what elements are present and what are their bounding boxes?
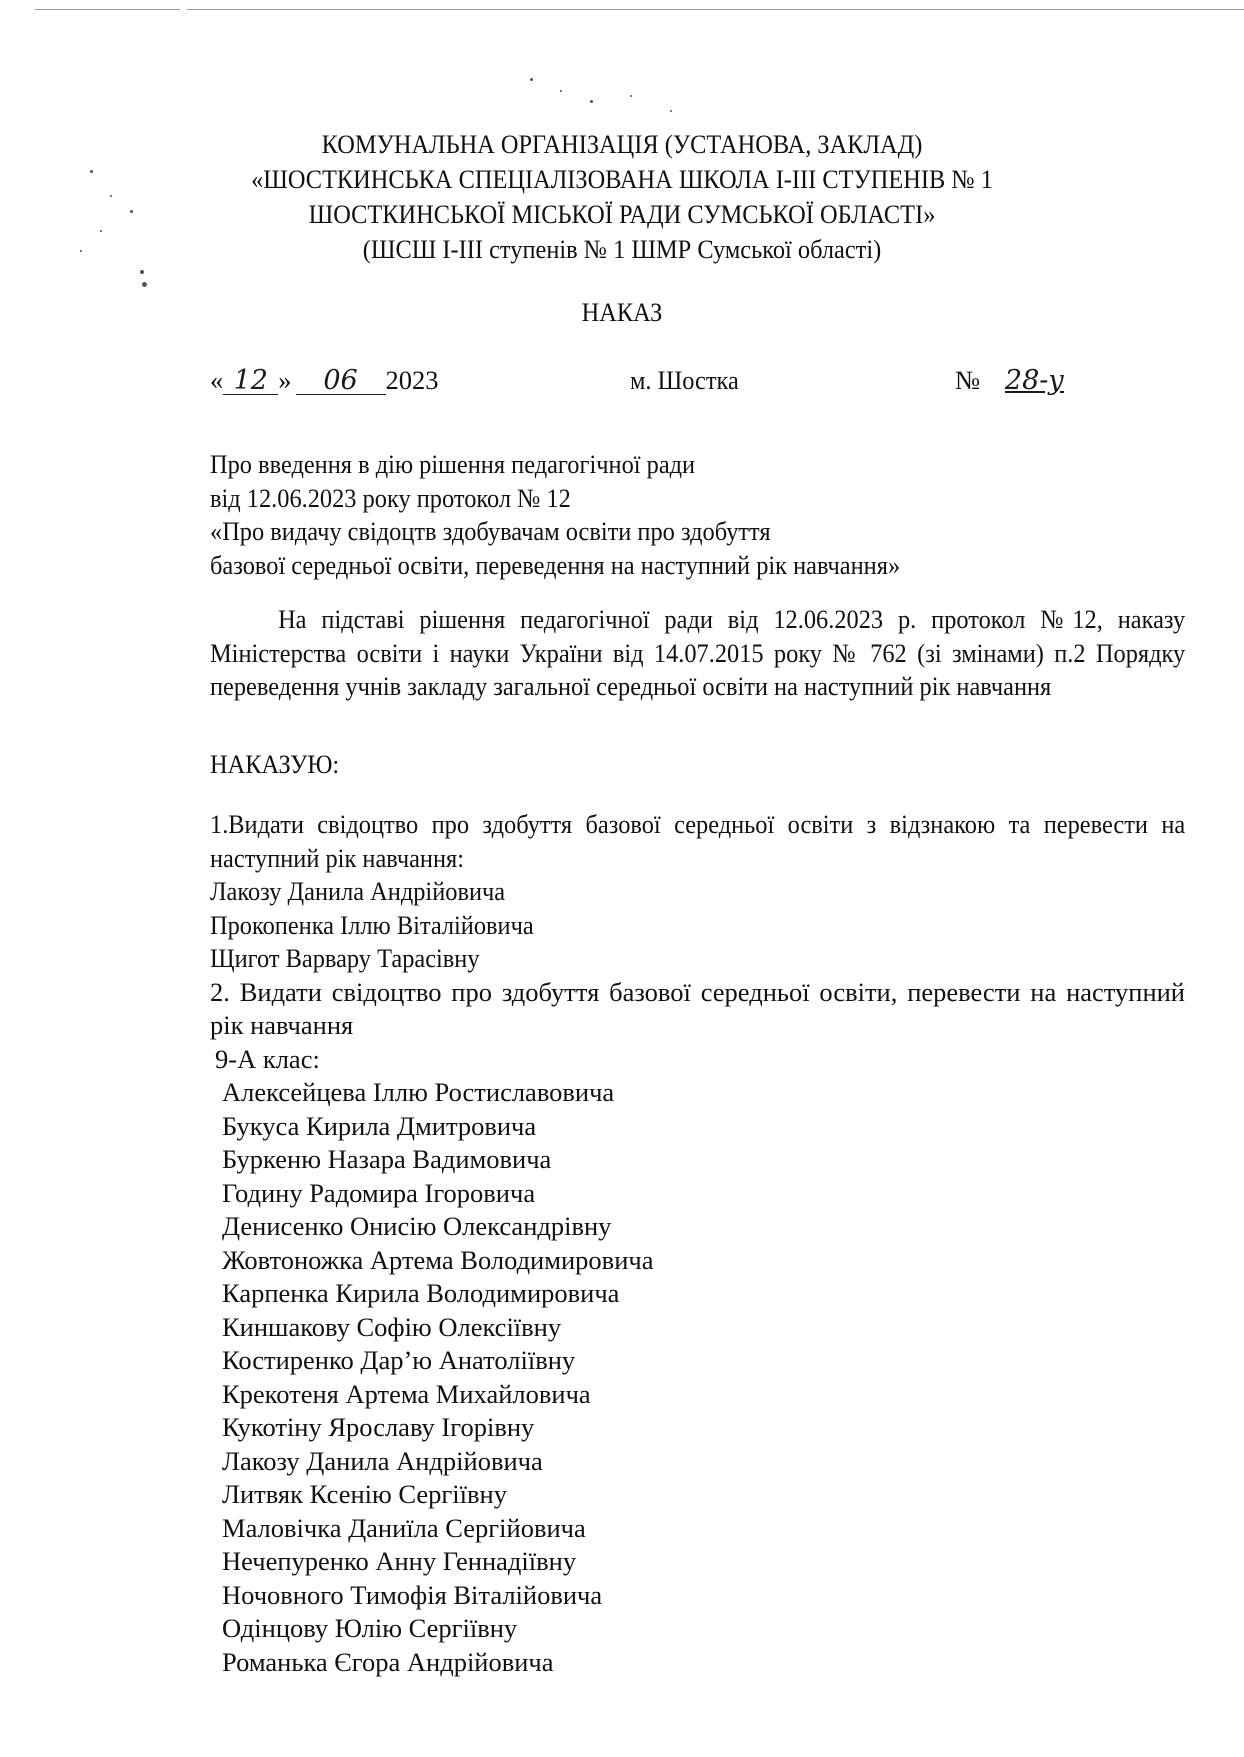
scan-noise (520, 70, 700, 130)
class-label: 9-А клас: (210, 1043, 1185, 1077)
order-basis: На підставі рішення педагогічної ради ві… (210, 603, 1185, 704)
institution-line-2: «ШОСТКИНСЬКА СПЕЦІАЛІЗОВАНА ШКОЛА І-ІІІ … (50, 162, 1194, 197)
student-name: Жовтоножка Артема Володимировича (210, 1244, 1185, 1278)
institution-header: КОМУНАЛЬНА ОРГАНІЗАЦІЯ (УСТАНОВА, ЗАКЛАД… (50, 127, 1194, 267)
order-city: м. Шостка (630, 365, 739, 396)
subject-line-2: від 12.06.2023 року протокол № 12 (210, 482, 1185, 516)
order-subject: Про введення в дію рішення педагогічної … (210, 448, 1185, 582)
institution-line-3: ШОСТКИНСЬКОЇ МІСЬКОЇ РАДИ СУМСЬКОЇ ОБЛАС… (50, 197, 1194, 232)
student-name: Одінцову Юлію Сергіївну (210, 1612, 1185, 1646)
order-item-1: 1.Видати свідоцтво про здобуття базової … (210, 808, 1185, 976)
document-type-title: НАКАЗ (50, 297, 1194, 328)
institution-short-name: (ШСШ І-ІІІ ступенів № 1 ШМР Сумської обл… (50, 232, 1194, 267)
student-name: Годину Радомира Ігоровича (210, 1177, 1185, 1211)
student-name: Костиренко Дар’ю Анатоліївну (210, 1344, 1185, 1378)
student-name: Киншакову Софію Олексіївну (210, 1311, 1185, 1345)
student-name: Нечепуренко Анну Геннадіївну (210, 1545, 1185, 1579)
decree-label: НАКАЗУЮ: (210, 748, 1107, 782)
date-day-handwritten: 12 (223, 368, 278, 395)
student-name: Лакозу Данила Андрійовича (210, 875, 1185, 909)
item-2-text: 2. Видати свідоцтво про здобуття базової… (210, 976, 1185, 1043)
order-date: «12»062023 (210, 365, 439, 396)
order-items: 1.Видати свідоцтво про здобуття базової … (210, 808, 1185, 1679)
subject-line-1: Про введення в дію рішення педагогічної … (210, 448, 1185, 482)
student-name: Ночовного Тимофія Віталійовича (210, 1579, 1185, 1613)
date-month-handwritten: 06 (296, 368, 386, 395)
item-2-student-list: Алексейцева Іллю Ростиславовича Букуса К… (210, 1076, 1185, 1679)
order-meta-row: «12»062023 м. Шостка № 28-у (210, 365, 1150, 405)
student-name: Романька Єгора Андрійовича (210, 1646, 1185, 1680)
date-year: 2023 (386, 365, 439, 395)
order-item-2: 2. Видати свідоцтво про здобуття базової… (210, 976, 1185, 1680)
student-name: Щигот Варвару Тарасівну (210, 942, 1185, 976)
date-close-quote: » (278, 365, 291, 395)
item-1-student-list: Лакозу Данила Андрійовича Прокопенка Ілл… (210, 875, 1185, 976)
student-name: Букуса Кирила Дмитровича (210, 1110, 1185, 1144)
subject-line-4: базової середньої освіти, переведення на… (210, 549, 1185, 583)
scan-edge-line (35, 9, 180, 10)
student-name: Карпенка Кирила Володимировича (210, 1277, 1185, 1311)
order-number-handwritten: 28-у (1005, 365, 1064, 396)
student-name: Буркеню Назара Вадимовича (210, 1143, 1185, 1177)
item-1-text: 1.Видати свідоцтво про здобуття базової … (210, 808, 1185, 875)
date-open-quote: « (210, 365, 223, 395)
student-name: Кукотіну Ярославу Ігорівну (210, 1411, 1185, 1445)
student-name: Литвяк Ксенію Сергіївну (210, 1478, 1185, 1512)
student-name: Денисенко Онисію Олександрівну (210, 1210, 1185, 1244)
institution-line-1: КОМУНАЛЬНА ОРГАНІЗАЦІЯ (УСТАНОВА, ЗАКЛАД… (50, 127, 1194, 162)
order-number: № 28-у (955, 365, 1064, 396)
student-name: Крекотеня Артема Михайловича (210, 1378, 1185, 1412)
number-sign: № (955, 365, 980, 395)
student-name: Алексейцева Іллю Ростиславовича (210, 1076, 1185, 1110)
subject-line-3: «Про видачу свідоцтв здобувачам освіти п… (210, 515, 1185, 549)
student-name: Прокопенка Іллю Віталійовича (210, 909, 1185, 943)
student-name: Маловічка Даниїла Сергійовича (210, 1512, 1185, 1546)
basis-paragraph: На підставі рішення педагогічної ради ві… (210, 603, 1185, 704)
scan-edge-line (187, 9, 1244, 10)
student-name: Лакозу Данила Андрійовича (210, 1445, 1185, 1479)
